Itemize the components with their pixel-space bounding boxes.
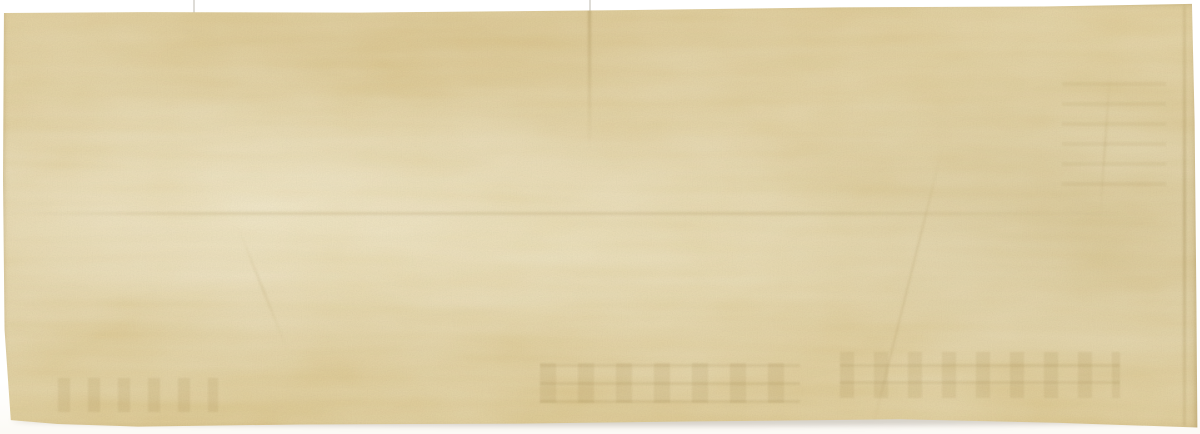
backdrop-seam-line [589,0,591,11]
rug-worn-edges [0,0,1200,434]
photo-stage [0,0,1200,434]
backdrop-seam-line [193,0,195,13]
rug-photo [0,0,1200,434]
